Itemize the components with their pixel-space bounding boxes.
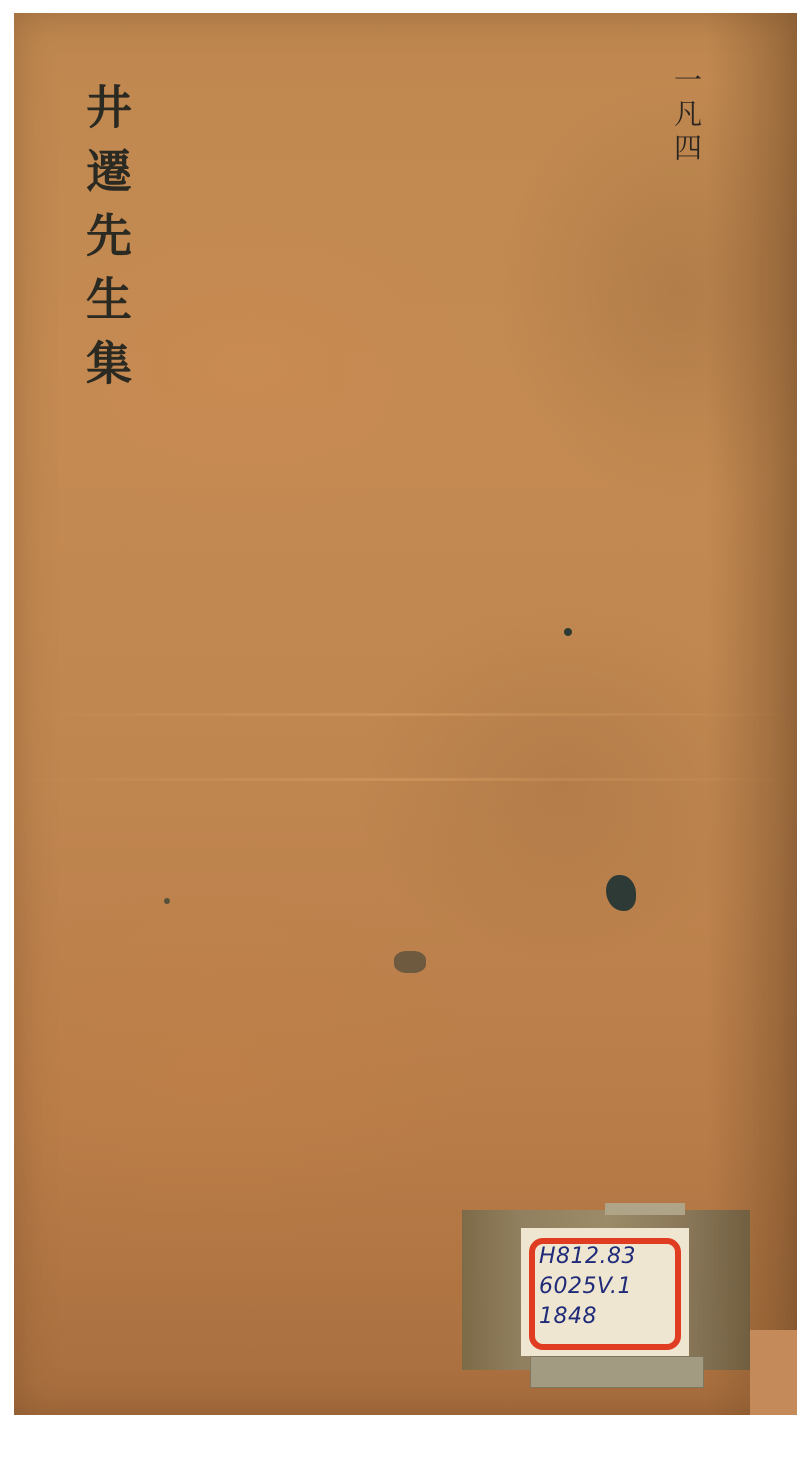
ink-dot [164, 898, 170, 904]
label-strip [530, 1356, 704, 1388]
cover-title: 井遷先生集 [76, 83, 136, 403]
call-number-label: H812.83 6025V.1 1848 [521, 1228, 689, 1356]
call-number-line-3: 1848 [539, 1302, 671, 1332]
label-tape-edge [605, 1203, 685, 1215]
crease [14, 713, 797, 716]
call-number-line-1: H812.83 [539, 1242, 671, 1272]
call-number-text: H812.83 6025V.1 1848 [539, 1242, 671, 1332]
ink-dot [564, 628, 572, 636]
call-number-line-2: 6025V.1 [539, 1272, 671, 1302]
crease [14, 778, 797, 781]
volume-marker: 一凡四 [656, 65, 706, 167]
ink-stain [606, 875, 636, 911]
ink-smudge [394, 951, 426, 973]
page-edge [750, 1330, 797, 1415]
